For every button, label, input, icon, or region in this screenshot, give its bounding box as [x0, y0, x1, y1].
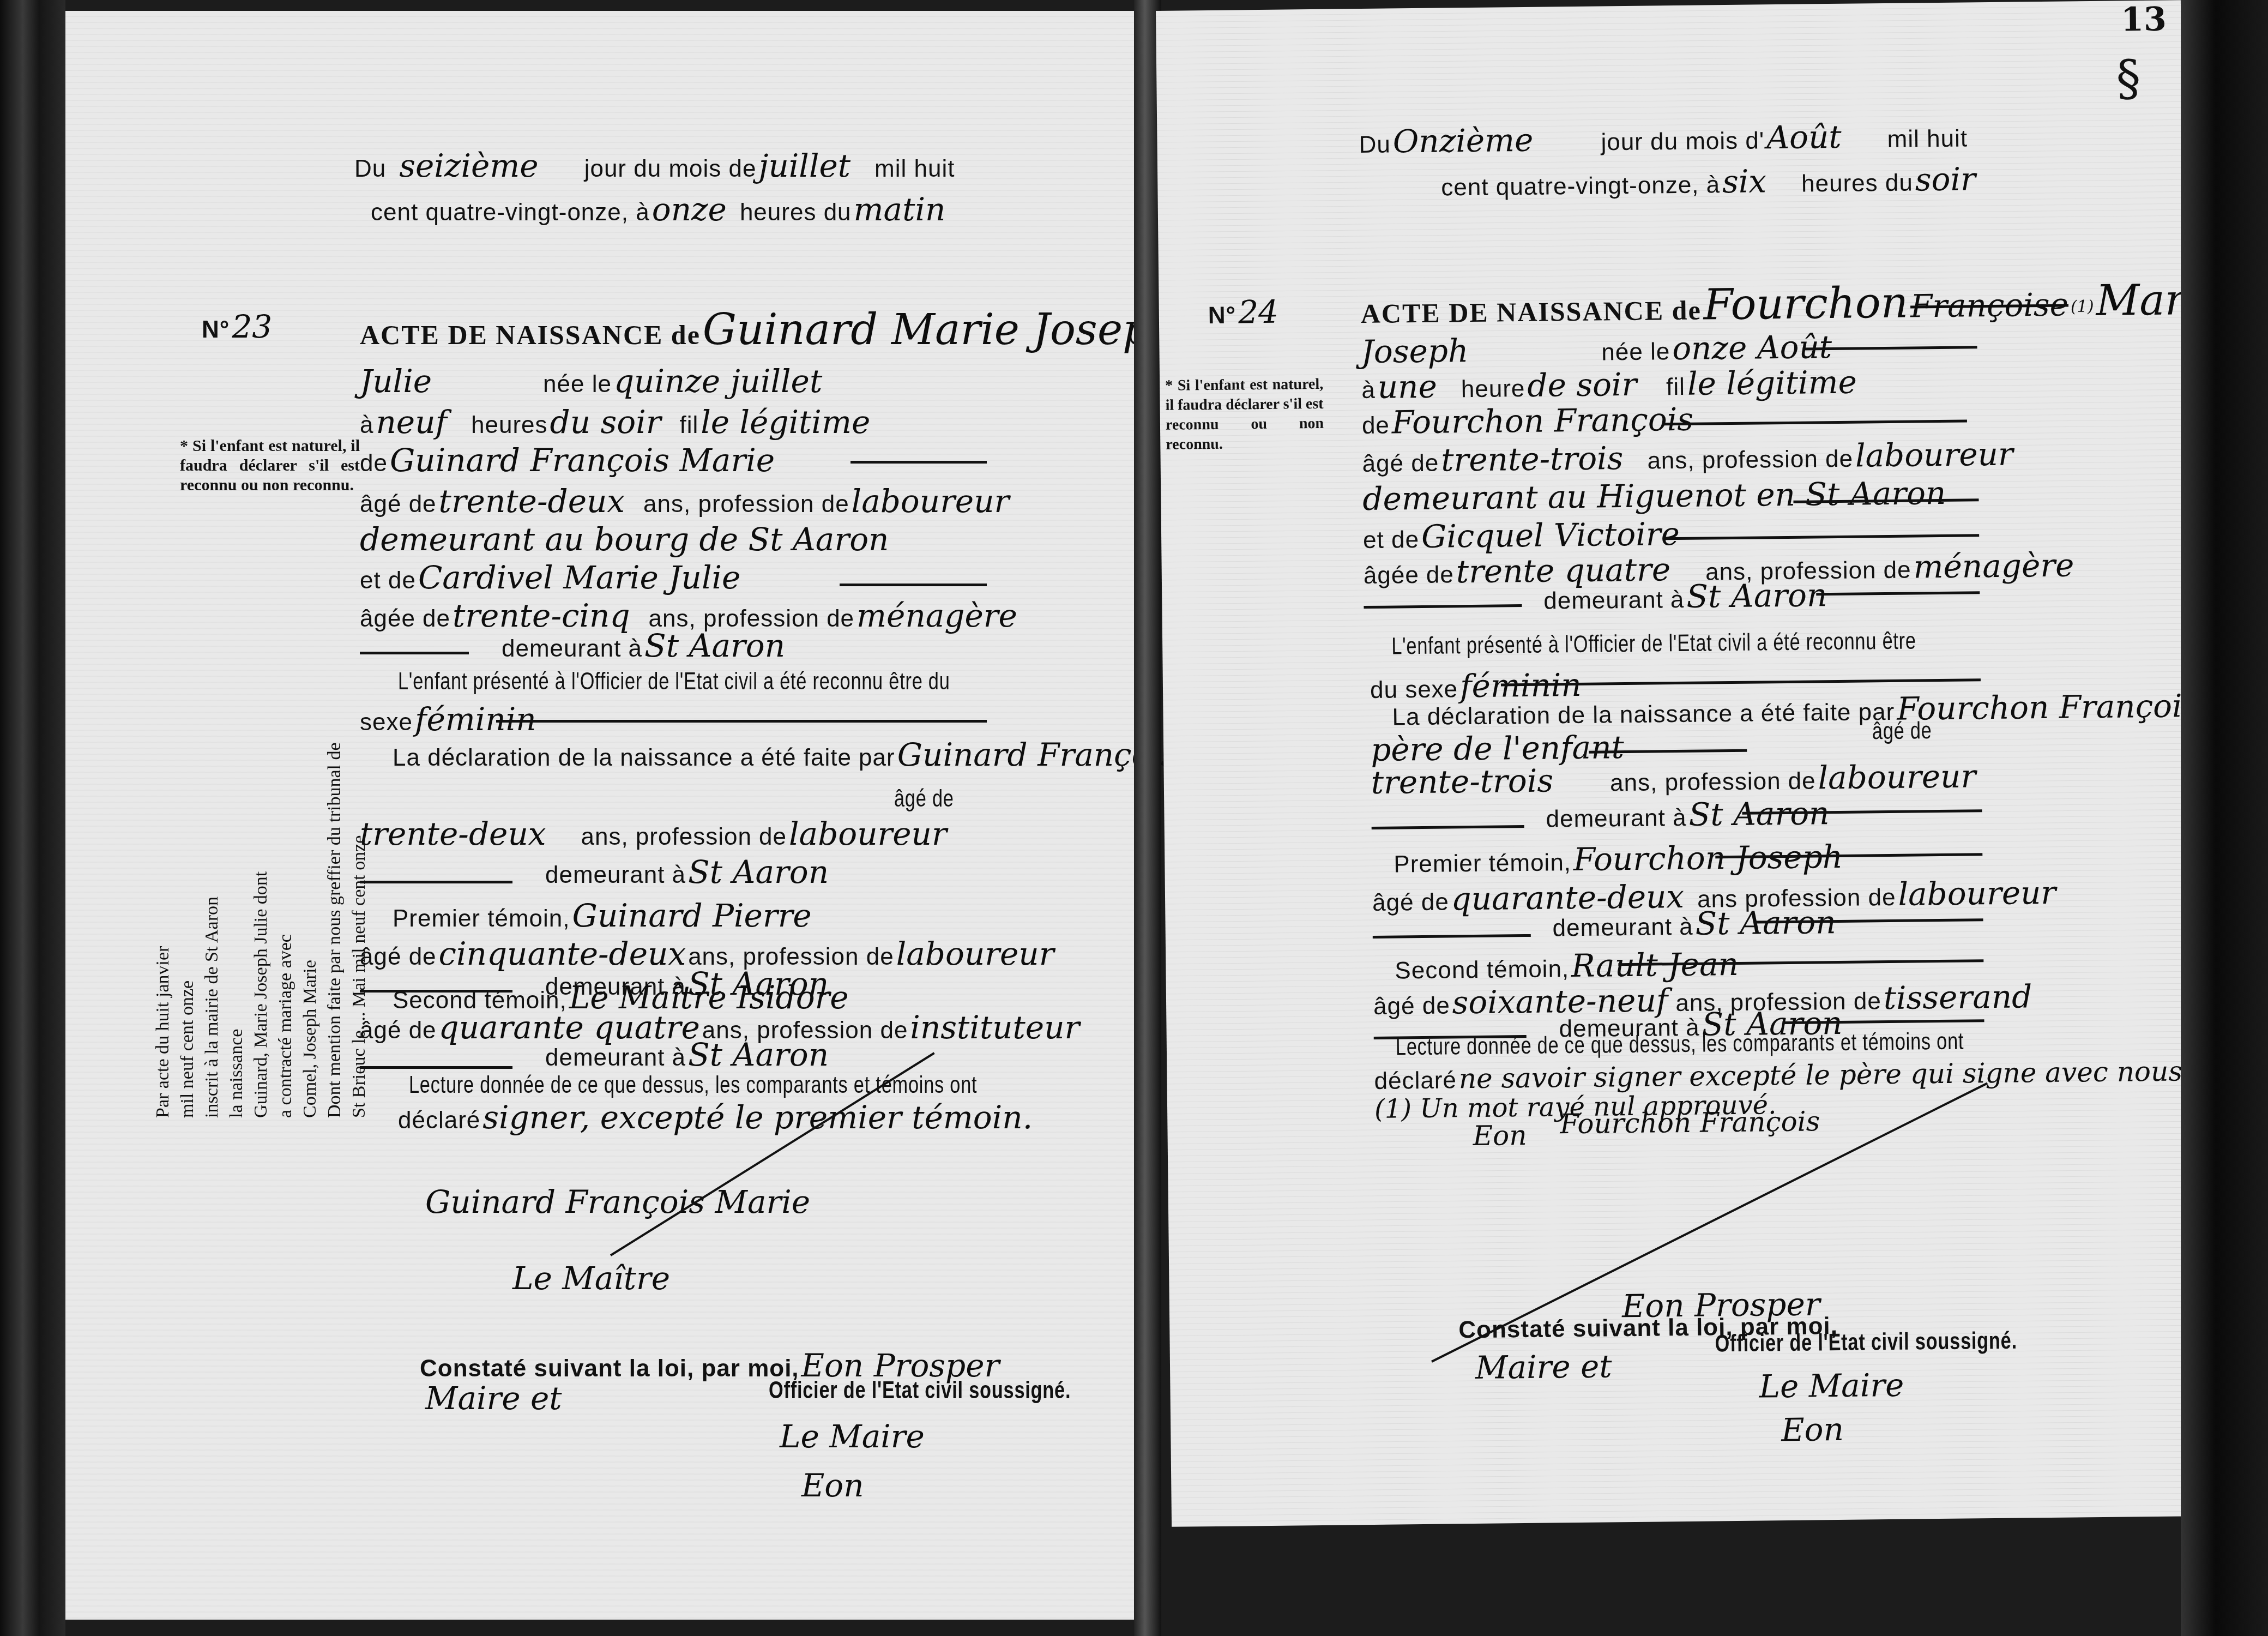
- presentation-text: L'enfant présenté à l'Officier de l'Etat…: [1391, 627, 1916, 660]
- child-name-cont: Joseph: [1361, 332, 1468, 370]
- witness-2-profession: tisserand: [1883, 978, 2032, 1017]
- date-period: soir: [1915, 160, 1976, 198]
- birth-time-line: à neuf heures du soir fil le légitime: [360, 404, 870, 441]
- mother-residence-line: demeurant à St Aaron: [502, 627, 785, 664]
- mother-residence-label: demeurant à: [502, 635, 642, 662]
- footnote-natural-child: * Si l'enfant est naturel, il faudra déc…: [1165, 375, 1324, 455]
- fill-rule: [360, 1066, 512, 1069]
- witness-1-label: Premier témoin,: [393, 905, 570, 932]
- mayor-signature: Eon: [1781, 1411, 1844, 1448]
- father-age-line: âgé de trente-deux ans, profession de la…: [360, 483, 1009, 520]
- date-suffix: mil huit: [874, 155, 955, 182]
- date-prefix: Du: [1359, 131, 1391, 159]
- margin-line: a contracté mariage avec: [275, 934, 296, 1118]
- father-residence-line: demeurant au Higuenot en St Aaron: [1362, 474, 1946, 518]
- fill-rule: [1663, 534, 1979, 540]
- mother-name: Gicquel Victoire: [1421, 515, 1680, 555]
- date-day: Onzième: [1392, 122, 1533, 160]
- date-hour: onze: [652, 191, 727, 228]
- fill-rule: [1662, 419, 1967, 425]
- father-age-suffix: ans, profession de: [1647, 446, 1853, 474]
- witness-1-line: Premier témoin, Fourchon Joseph: [1394, 838, 1843, 880]
- declarant-profession: laboureur: [789, 815, 947, 852]
- date-mid: jour du mois d': [1601, 127, 1764, 155]
- father-name: Guinard François Marie: [390, 442, 775, 479]
- mother-label: et de: [1363, 526, 1419, 554]
- mayor-label: Le Maire: [780, 1418, 925, 1455]
- witness-2-profession: instituteur: [910, 1009, 1079, 1046]
- child-name: Guinard Marie Joseph: [703, 305, 1177, 354]
- margin-line: Par acte du huit janvier: [153, 946, 173, 1118]
- witness-2-residence-line: demeurant à St Aaron: [545, 1036, 829, 1073]
- act-title-label: ACTE DE NAISSANCE de: [360, 320, 701, 350]
- sex-line: sexe féminin: [360, 701, 536, 738]
- margin-line: Dont mention faite par nous greffier du …: [324, 742, 345, 1118]
- act-number-value: 23: [232, 308, 272, 345]
- date-prefix-2: cent quatre-vingt-onze, à: [1441, 171, 1720, 201]
- footnote-mark: (1): [2071, 297, 2094, 316]
- father-age: trente-deux: [439, 483, 625, 520]
- declarant-age-label: âgé de: [894, 785, 954, 813]
- reading-declared-line: déclaré ne savoir signer excepté le père…: [1374, 1055, 2182, 1096]
- date-mid-2: heures du: [740, 199, 852, 226]
- father-residence: demeurant au bourg de St Aaron: [360, 521, 889, 558]
- mother-line: et de Cardivel Marie Julie: [360, 559, 740, 596]
- act-title: ACTE DE NAISSANCE de Fourchon Françoise …: [1360, 275, 2224, 334]
- filiation: le légitime: [1687, 364, 1857, 402]
- birth-time: une: [1377, 368, 1437, 406]
- date-period: matin: [854, 191, 946, 228]
- mother-name: Cardivel Marie Julie: [418, 559, 740, 596]
- margin-line: Comel, Joseph Marie: [300, 960, 321, 1118]
- witness-1-name: Fourchon Joseph: [1573, 838, 1843, 878]
- presentation-text: L'enfant présenté à l'Officier de l'Etat…: [398, 668, 950, 695]
- father-age-label: âgé de: [1362, 450, 1439, 477]
- declarant-residence-line: demeurant à St Aaron: [1546, 795, 1830, 834]
- register-page-right: Du Onzième jour du mois d' Août mil huit…: [1156, 0, 2197, 1527]
- fill-rule: [1364, 604, 1522, 609]
- declaration-label: La déclaration de la naissance a été fai…: [393, 744, 895, 771]
- declarant-age-label: âgé de: [1872, 717, 1932, 745]
- signature-mayor-short: Eon: [1473, 1120, 1527, 1152]
- mother-profession: ménagère: [856, 597, 1017, 634]
- folio-number: 13: [2121, 1, 2167, 39]
- fill-rule: [1372, 825, 1524, 829]
- declarant: Fourchon François: [1897, 687, 2199, 727]
- birth-time-line: à une heure de soir fil le légitime: [1361, 364, 1857, 406]
- act-number: N° 23: [202, 308, 272, 345]
- witness-1-age-label: âgé de: [360, 943, 437, 970]
- date-prefix-2: cent quatre-vingt-onze, à: [371, 199, 650, 226]
- witness-1-name: Guinard Pierre: [572, 897, 812, 934]
- witness-2-label: Second témoin,: [1395, 955, 1569, 984]
- act-title: ACTE DE NAISSANCE de Guinard Marie Josep…: [360, 305, 1177, 354]
- witness-1-label: Premier témoin,: [1394, 849, 1571, 877]
- fil-label: fil: [679, 412, 698, 438]
- act-title-label: ACTE DE NAISSANCE de: [1361, 295, 1702, 329]
- filiation: le légitime: [701, 404, 870, 441]
- declarant-residence: St Aaron: [688, 853, 829, 891]
- father-line: de Guinard François Marie: [360, 442, 775, 479]
- born-label: née le: [1601, 338, 1670, 365]
- father-name: Fourchon François: [1392, 401, 1694, 441]
- mayor-label: Le Maire: [1759, 1367, 1904, 1405]
- birth-period: du soir: [550, 404, 661, 441]
- footnote-natural-child: * Si l'enfant est naturel, il faudra déc…: [180, 436, 360, 495]
- witness-1-residence-label: demeurant à: [1552, 913, 1693, 942]
- fill-rule: [1816, 591, 1980, 596]
- father-line: de Fourchon François: [1362, 401, 1694, 441]
- birth-period: de soir: [1527, 366, 1637, 404]
- date-line-2: cent quatre-vingt-onze, à six heures du …: [1441, 160, 1976, 203]
- officer-label: Officier de l'Etat civil soussigné.: [769, 1377, 1071, 1404]
- born-label: née le: [543, 371, 612, 398]
- act-number-label: N°: [202, 316, 230, 343]
- declarant-residence-label: demeurant à: [545, 862, 686, 888]
- signature-father: Guinard François Marie: [425, 1183, 810, 1220]
- father-residence-line: demeurant au bourg de St Aaron: [360, 521, 889, 558]
- declarant-age: trente-trois: [1371, 762, 1553, 801]
- margin-line: Guinard, Marie Joseph Julie dont: [251, 871, 272, 1118]
- declared-text: ne savoir signer excepté le père qui sig…: [1459, 1055, 2183, 1094]
- time-prefix: à: [1361, 377, 1376, 404]
- struck-word: Françoise: [1910, 286, 2069, 325]
- child-name: Fourchon: [1703, 279, 1908, 330]
- mother-label: et de: [360, 567, 416, 594]
- declarant-age-line: trente-deux ans, profession de laboureur: [360, 815, 947, 852]
- hours-label: heure: [1461, 375, 1525, 402]
- date-hour: six: [1722, 163, 1767, 200]
- date-mid-2: heures du: [1801, 169, 1913, 197]
- declarant-age: trente-deux: [360, 815, 546, 852]
- margin-line: mil neuf cent onze: [177, 981, 198, 1118]
- witness-2-age-label: âgé de: [1373, 992, 1450, 1019]
- fill-rule: [360, 881, 512, 883]
- declarant-age-suffix: ans, profession de: [1610, 767, 1816, 796]
- witness-1-profession: laboureur: [1898, 874, 2056, 913]
- father-profession: laboureur: [1855, 436, 2013, 474]
- date-line-1: Du seizième jour du mois de juillet mil …: [354, 147, 955, 184]
- act-number-value: 24: [1238, 293, 1279, 331]
- act-number-label: N°: [1208, 302, 1236, 329]
- mother-residence: St Aaron: [1686, 576, 1827, 615]
- father-age-line: âgé de trente-trois ans, profession de l…: [1362, 436, 2013, 479]
- father-label: de: [360, 450, 388, 477]
- declarant-residence-label: demeurant à: [1546, 804, 1687, 833]
- witness-1-line: Premier témoin, Guinard Pierre: [393, 897, 812, 934]
- witness-1-profession: laboureur: [896, 935, 1054, 972]
- mother-line: et de Gicquel Victoire: [1363, 515, 1680, 556]
- declared-label: déclaré: [398, 1107, 480, 1134]
- paraph-icon: §: [2116, 50, 2141, 107]
- declaration-label: La déclaration de la naissance a été fai…: [1392, 699, 1895, 731]
- mother-residence-line: demeurant à St Aaron: [1543, 576, 1827, 616]
- declarant-residence-line: demeurant à St Aaron: [545, 853, 829, 891]
- book-binding-right: [2181, 0, 2268, 1636]
- signature-witness: Le Maître: [512, 1260, 670, 1297]
- attestation-officer: Eon Prosper: [1622, 1285, 1820, 1325]
- declarant-age-line: trente-trois ans, profession de laboureu…: [1371, 757, 1976, 801]
- book-binding-left: [0, 0, 65, 1636]
- witness-2-residence: St Aaron: [688, 1036, 829, 1073]
- witness-1-residence-line: demeurant à St Aaron: [1552, 904, 1836, 943]
- reading-text: Lecture donnée de ce que dessus, les com…: [1396, 1028, 1964, 1061]
- date-suffix: mil huit: [1887, 125, 1968, 153]
- witness-1-age-label: âgé de: [1372, 888, 1449, 916]
- father-label: de: [1362, 412, 1390, 440]
- date-line-2: cent quatre-vingt-onze, à onze heures du…: [371, 191, 945, 228]
- mayor-signature: Eon: [801, 1467, 864, 1504]
- declared-label: déclaré: [1374, 1067, 1457, 1094]
- mother-residence-label: demeurant à: [1543, 586, 1685, 615]
- attestation-role: Maire et: [425, 1380, 562, 1417]
- declarant-profession: laboureur: [1818, 757, 1976, 796]
- declared-text: signer, excepté le premier témoin.: [482, 1099, 1033, 1136]
- witness-2-residence-label: demeurant à: [545, 1044, 686, 1071]
- witness-2-line: Second témoin, Rault Jean: [1395, 946, 1739, 987]
- fill-rule: [1373, 934, 1531, 939]
- date-day: seizième: [399, 147, 538, 184]
- date-line-1: Du Onzième jour du mois d' Août mil huit: [1359, 117, 1968, 160]
- fill-rule: [850, 461, 987, 464]
- time-prefix: à: [360, 412, 373, 438]
- mother-age-label: âgée de: [1364, 561, 1455, 589]
- officer-label: Officier de l'Etat civil soussigné.: [1715, 1327, 2017, 1358]
- birth-time: neuf: [376, 404, 447, 441]
- mother-age-label: âgée de: [360, 605, 450, 632]
- attestation-text: Constaté suivant la loi, par moi,: [420, 1355, 799, 1382]
- register-page-left: Du seizième jour du mois de juillet mil …: [65, 11, 1137, 1620]
- reading-text: Lecture donnée de ce que dessus, les com…: [409, 1072, 977, 1099]
- sex-value: féminin: [415, 701, 536, 738]
- act-number: N° 24: [1208, 293, 1278, 331]
- fill-rule: [840, 584, 987, 586]
- fill-rule: [496, 720, 987, 723]
- margin-line: St Brieuc le ... Mai mil neuf cent onze: [349, 835, 370, 1118]
- declarant-age-suffix: ans, profession de: [581, 823, 787, 850]
- father-age-label: âgé de: [360, 491, 437, 518]
- birth-line: Julie née le quinze juillet: [360, 363, 822, 400]
- fil-label: fil: [1666, 374, 1685, 400]
- date-month: juillet: [758, 147, 850, 184]
- date-prefix: Du: [354, 155, 386, 182]
- date-month: Août: [1766, 118, 1842, 156]
- father-age: trente-trois: [1441, 440, 1624, 478]
- birth-date: quinze juillet: [614, 363, 822, 400]
- child-name-cont: Julie: [360, 363, 432, 400]
- margin-line: la naissance: [226, 1029, 247, 1118]
- father-age-suffix: ans, profession de: [643, 491, 849, 518]
- hours-label: heures: [471, 412, 548, 438]
- witness-2-age-label: âgé de: [360, 1017, 437, 1044]
- mother-residence: St Aaron: [644, 627, 785, 664]
- mother-profession: ménagère: [1913, 546, 2074, 585]
- father-profession: laboureur: [852, 483, 1010, 520]
- date-mid: jour du mois de: [584, 155, 757, 182]
- declaration-line: La déclaration de la naissance a été fai…: [1392, 687, 2199, 732]
- reading-declared-line: déclaré signer, excepté le premier témoi…: [398, 1099, 1033, 1136]
- father-residence: demeurant au Higuenot en St Aaron: [1362, 474, 1946, 518]
- fill-rule: [360, 652, 469, 654]
- margin-line: inscrit à la mairie de St Aaron: [202, 897, 222, 1118]
- attestation-role: Maire et: [1475, 1348, 1612, 1386]
- book-gutter: [1134, 0, 1161, 1636]
- sex-label: sexe: [360, 709, 413, 736]
- signature-father: Fourchon François: [1560, 1105, 1820, 1140]
